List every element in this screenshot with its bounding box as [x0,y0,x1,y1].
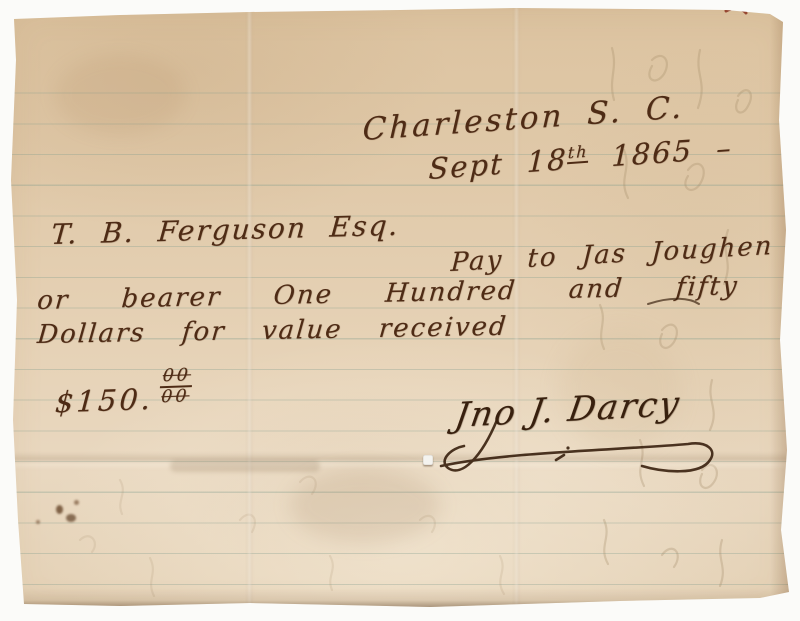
paper-right-edge [770,0,792,621]
paper-bottom-edge [0,588,800,610]
scanned-document: Charleston S. C. Sept 18th 1865 – T. B. … [0,0,800,621]
paper-vignette [0,0,800,621]
paper-sheet: Charleston S. C. Sept 18th 1865 – T. B. … [0,0,800,621]
